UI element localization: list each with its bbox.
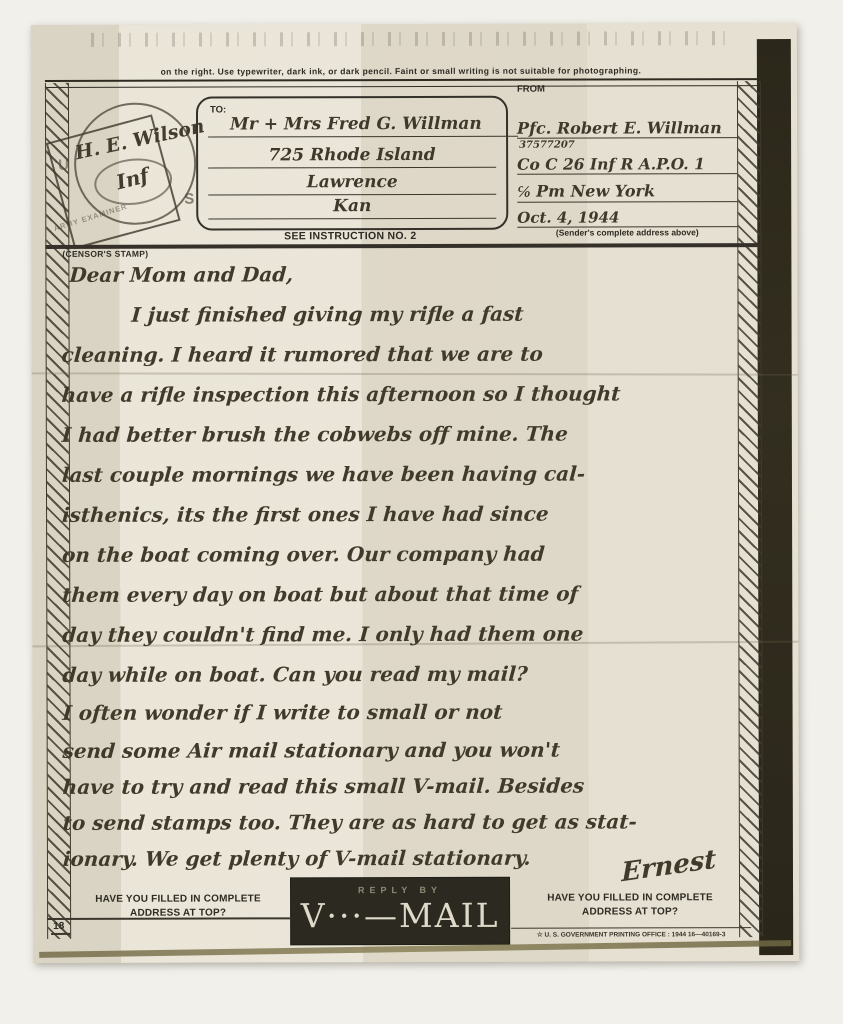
sender-name: Pfc. Robert E. Willman	[517, 118, 737, 139]
sender-serial-number: 37577207	[519, 139, 737, 151]
sender-routing: ℅ Pm New York	[517, 181, 737, 203]
vmail-letter-scan: on the right. Use typewriter, dark ink, …	[0, 0, 843, 1024]
letter-line: cleaning. I heard it rumored that we are…	[61, 341, 753, 367]
to-address-box: TO: Mr + Mrs Fred G. Willman 725 Rhode I…	[196, 96, 508, 231]
paper-crease	[32, 372, 798, 375]
address-warning-right: HAVE YOU FILLED IN COMPLETE ADDRESS AT T…	[515, 891, 745, 919]
censor-stamp-caption: (CENSOR'S STAMP)	[62, 249, 148, 259]
censor-letter-s: S	[184, 191, 194, 208]
reply-by-text: REPLY BY	[291, 885, 509, 896]
to-address-line: Mr + Mrs Fred G. Willman	[208, 112, 518, 138]
letter-line: last couple mornings we have been having…	[61, 461, 753, 487]
letter-line: on the boat coming over. Our company had	[61, 541, 753, 567]
form-page-number: 18	[51, 921, 70, 935]
to-address-line: 725 Rhode Island	[208, 143, 496, 169]
to-address-line: Kan	[208, 194, 496, 220]
letter-line: have a rifle inspection this afternoon s…	[61, 381, 753, 407]
warning-text: HAVE YOU FILLED IN COMPLETE	[515, 891, 745, 905]
see-instruction-note: SEE INSTRUCTION NO. 2	[196, 230, 504, 243]
letter-line: send some Air mail stationary and you wo…	[62, 737, 754, 763]
letter-line: to send stamps too. They are as hard to …	[62, 809, 754, 835]
letter-line: have to try and read this small V-mail. …	[62, 773, 754, 799]
censor-stamp: H. E. Wilson Inf U S ARMY EXAMINER (CENS…	[54, 97, 214, 269]
letter-line: day they couldn't find me. I only had th…	[62, 621, 754, 647]
form-instruction-text: on the right. Use typewriter, dark ink, …	[71, 65, 731, 77]
letter-line: I just finished giving my rifle a fast	[131, 301, 823, 327]
letter-line: them every day on boat but about that ti…	[61, 581, 753, 607]
gpo-print-info: ☆ U. S. GOVERNMENT PRINTING OFFICE : 194…	[511, 927, 751, 939]
header-divider-rule	[45, 243, 759, 248]
from-address-block: FROM Pfc. Robert E. Willman 37577207 Co …	[517, 83, 737, 238]
scan-artifact-top	[91, 31, 731, 47]
from-label: FROM	[517, 83, 737, 95]
letter-line: isthenics, its the first ones I have had…	[61, 501, 753, 527]
letter-line: I had better brush the cobwebs off mine.…	[61, 421, 753, 447]
vmail-logo-text: V···—MAIL	[291, 896, 509, 936]
letter-line: Dear Mom and Dad,	[69, 261, 761, 287]
scanned-paper: on the right. Use typewriter, dark ink, …	[31, 23, 799, 963]
to-address-line: Lawrence	[208, 170, 496, 196]
vmail-banner: REPLY BY V···—MAIL	[291, 878, 509, 945]
letter-date: Oct. 4, 1944	[517, 208, 737, 228]
letter-line: I often wonder if I write to small or no…	[62, 699, 754, 725]
censor-letter-u: U	[58, 157, 69, 174]
letter-line: day while on boat. Can you read my mail?	[62, 661, 754, 687]
warning-text: HAVE YOU FILLED IN COMPLETE	[63, 892, 293, 906]
warning-text: ADDRESS AT TOP?	[515, 905, 745, 919]
address-warning-left: HAVE YOU FILLED IN COMPLETE ADDRESS AT T…	[63, 892, 293, 920]
sender-unit: Co C 26 Inf R A.P.O. 1	[517, 154, 737, 175]
sender-address-caption: (Sender's complete address above)	[517, 227, 737, 238]
